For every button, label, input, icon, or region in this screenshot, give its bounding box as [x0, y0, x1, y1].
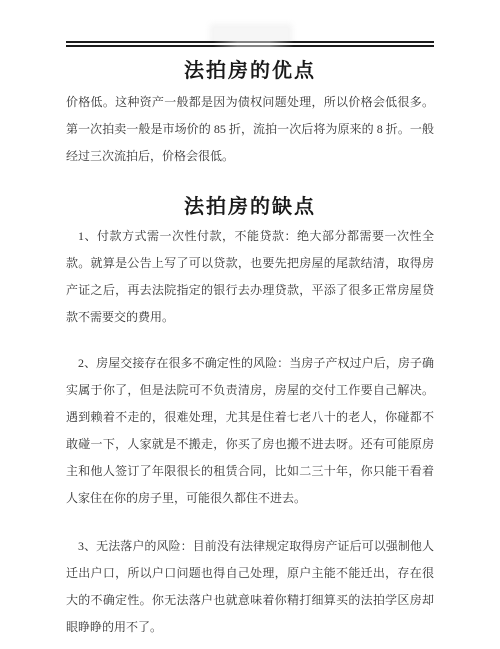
advantages-section-title: 法拍房的优点 — [66, 57, 434, 85]
rule-sheen-overlay — [213, 41, 294, 47]
disadvantage-item-2-handover-risk: 2、房屋交接存在很多不确定性的风险：当房子产权过户后，房子确实属于你了，但是法院… — [66, 350, 434, 512]
disadvantages-section-title: 法拍房的缺点 — [66, 193, 434, 221]
document-page: 法拍房的优点 价格低。这种资产一般都是因为债权问题处理，所以价格会低很多。第一次… — [0, 0, 500, 649]
document-content: 法拍房的优点 价格低。这种资产一般都是因为债权问题处理，所以价格会低很多。第一次… — [66, 0, 434, 641]
disadvantage-item-1-payment: 1、付款方式需一次性付款，不能贷款：绝大部分都需要一次性全款。就算是公告上写了可… — [66, 223, 434, 331]
top-double-rule — [66, 41, 434, 47]
advantages-paragraph: 价格低。这种资产一般都是因为债权问题处理，所以价格会低很多。第一次拍卖一般是市场… — [66, 89, 434, 170]
disadvantage-item-3-hukou-risk: 3、无法落户的风险：目前没有法律规定取得房产证后可以强制他人迁出户口，所以户口问… — [66, 533, 434, 641]
